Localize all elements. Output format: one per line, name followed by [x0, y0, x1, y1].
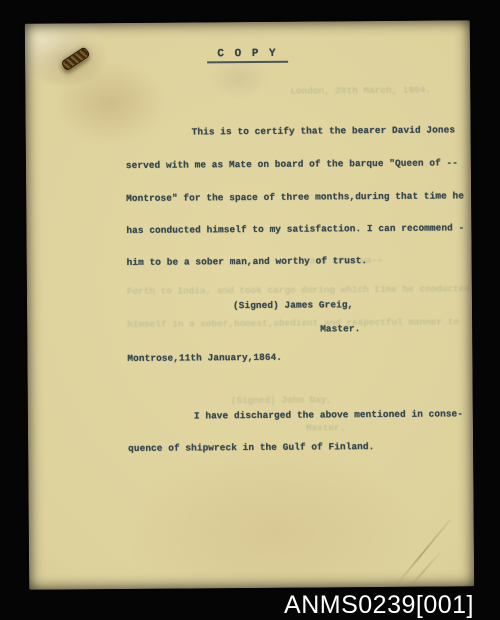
doc-text-line: I have discharged the above mentioned in…: [194, 408, 463, 421]
archive-id-label: ANMS0239[001]: [284, 591, 474, 620]
ghost-text-line: Forth to India, and took cargo during wh…: [127, 283, 470, 297]
paper-crease: [395, 518, 451, 585]
ghost-text-line: himself in a sober,honest,obedient,and r…: [127, 316, 459, 330]
doc-signature-title: Master.: [320, 323, 360, 334]
ghost-text-line: (Signed) John Day,: [231, 394, 332, 406]
doc-text-line: This is to certify that the bearer David…: [192, 124, 455, 137]
doc-title: C O P Y: [25, 46, 470, 64]
ghost-text-line: London, 28th March, 1904.: [290, 85, 431, 97]
doc-title-text: C O P Y: [207, 48, 287, 64]
doc-text-line: served with me as Mate on board of the b…: [126, 157, 458, 171]
paper-crease: [408, 551, 441, 588]
ghost-text-line: Master.: [306, 422, 345, 433]
photo-stage: C O P Y London, 28th March, 1904. and af…: [0, 0, 500, 620]
doc-text-line: quence of shipwreck in the Gulf of Finla…: [128, 441, 374, 454]
doc-text-line: Montrose" for the space of three months,…: [126, 190, 464, 204]
doc-text-line: him to be a sober man,and worthy of trus…: [127, 255, 368, 268]
doc-dateline: Montrose,11th January,1864.: [127, 352, 282, 364]
doc-text-line: has conducted himself to my satisfaction…: [126, 222, 464, 236]
document-page: C O P Y London, 28th March, 1904. and af…: [25, 20, 474, 589]
doc-signature-line: (Signed) James Greig,: [233, 299, 353, 311]
